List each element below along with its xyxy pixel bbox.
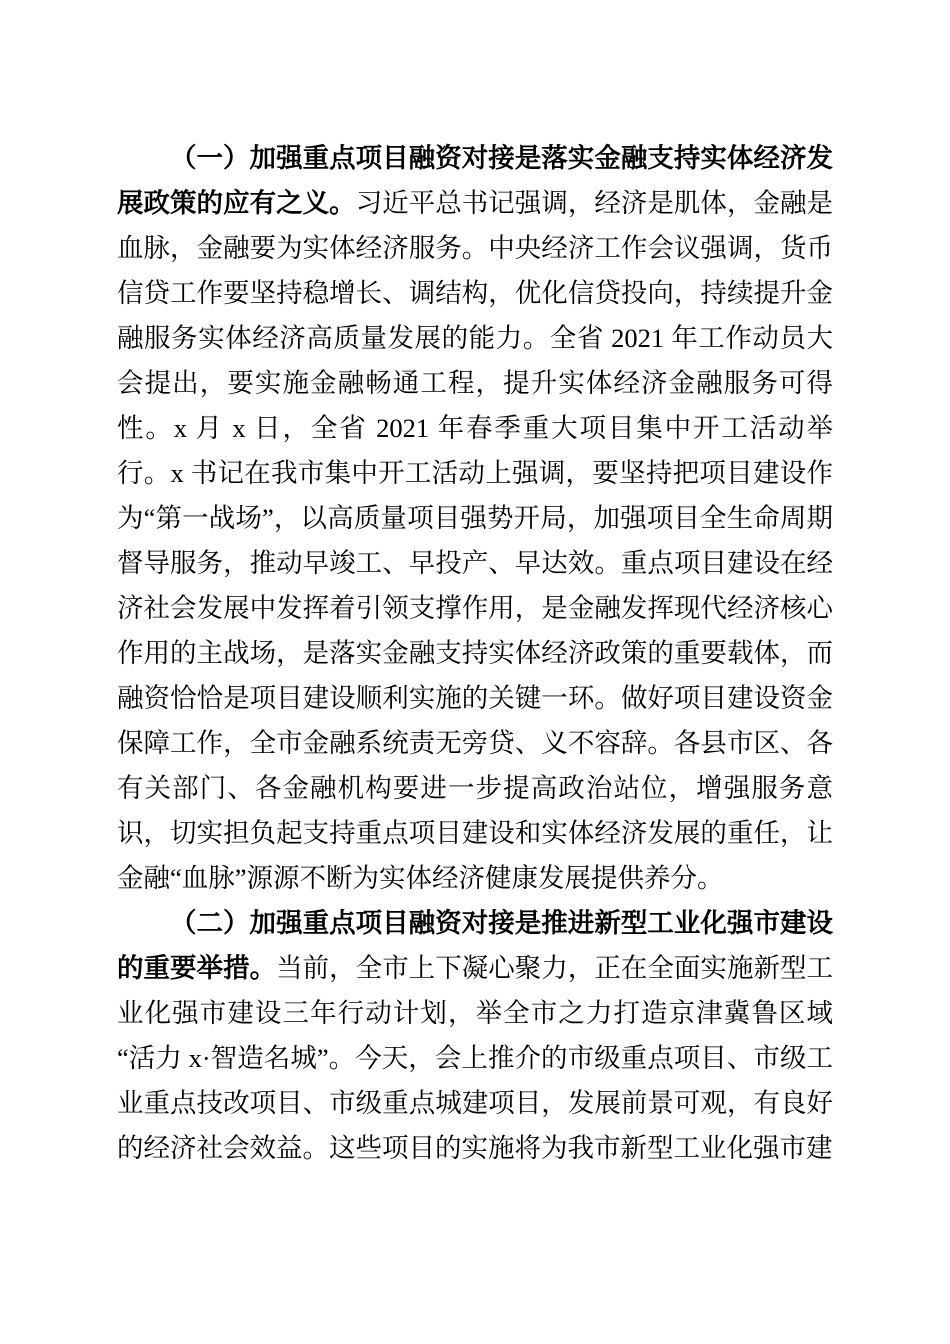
document-page: （一）加强重点项目融资对接是落实金融支持实体经济发展政策的应有之义。习近平总书记… xyxy=(0,0,950,1344)
paragraph-2: （二）加强重点项目融资对接是推进新型工业化强市建设的重要举措。当前，全市上下凝心… xyxy=(117,901,833,1171)
document-body: （一）加强重点项目融资对接是落实金融支持实体经济发展政策的应有之义。习近平总书记… xyxy=(117,136,833,1171)
paragraph-1: （一）加强重点项目融资对接是落实金融支持实体经济发展政策的应有之义。习近平总书记… xyxy=(117,136,833,901)
paragraph-1-body-text: 习近平总书记强调，经济是肌体，金融是血脉，金融要为实体经济服务。中央经济工作会议… xyxy=(117,188,833,893)
paragraph-2-body-text: 当前，全市上下凝心聚力，正在全面实施新型工业化强市建设三年行动计划，举全市之力打… xyxy=(117,953,833,1163)
